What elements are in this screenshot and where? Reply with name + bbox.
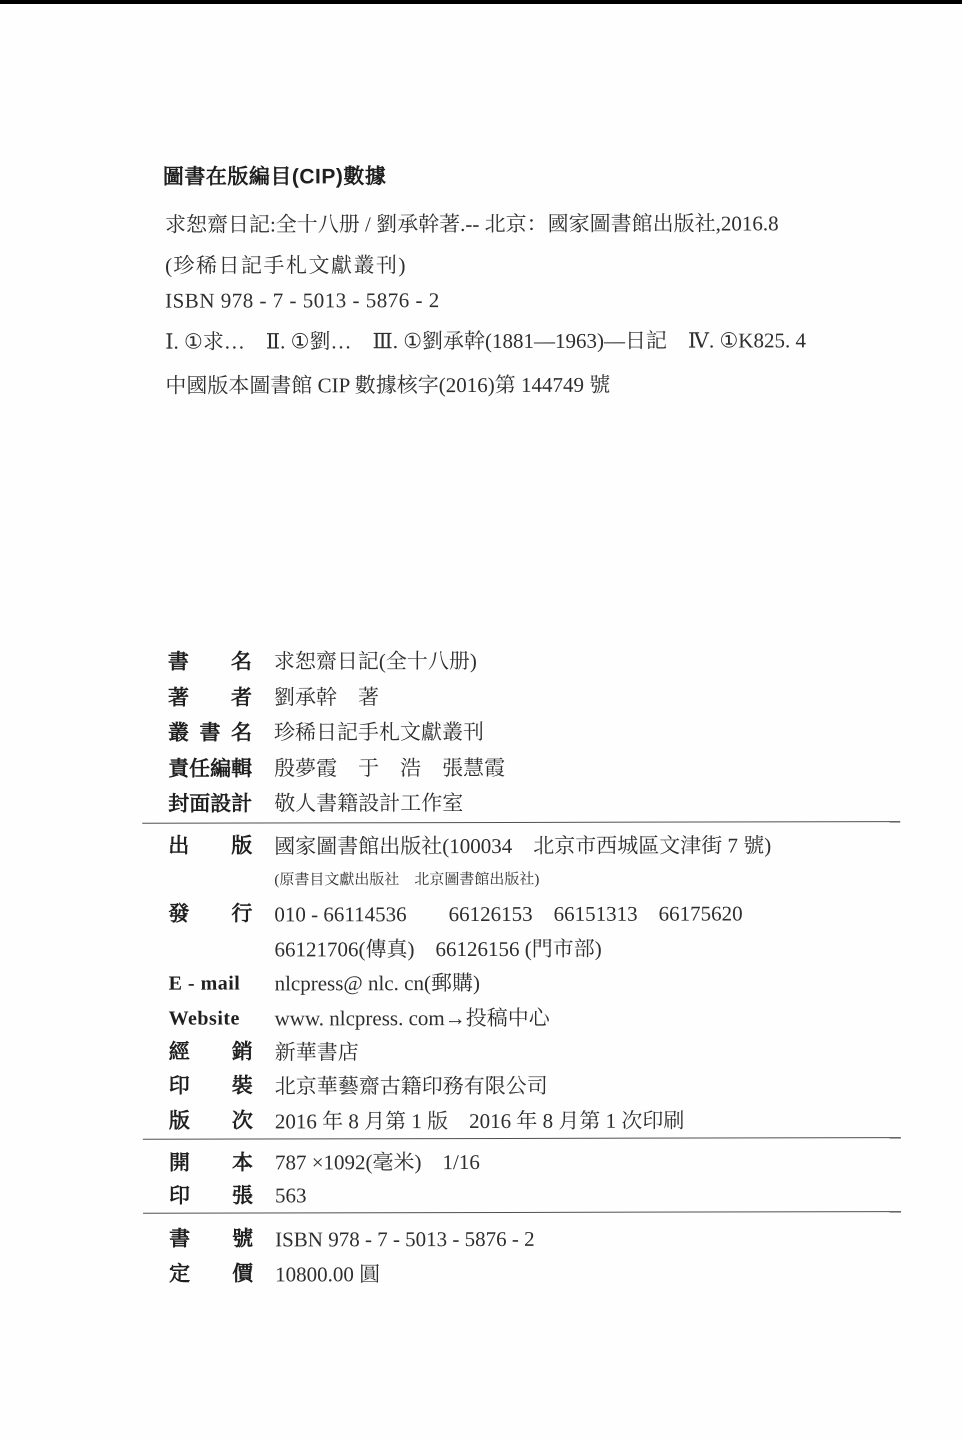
field-label-char: 編 [210, 751, 231, 787]
colophon-row: 印裝北京華藝齋古籍印務有限公司 [143, 1068, 901, 1104]
colophon-row: 著者劉承幹 著 [142, 679, 900, 716]
cip-bibliographic-line: 求恕齋日記:全十八册 / 劉承幹著.-- 北京：國家圖書館出版社,2016.8 [165, 209, 779, 238]
field-value-line: 求恕齋日記(全十八册) [274, 643, 900, 680]
field-label-char: 本 [232, 1147, 253, 1180]
field-label-char: 發 [168, 898, 189, 932]
field-value-subline: (原書目文獻出版社 北京圖書館出版社) [274, 862, 900, 898]
cip-isbn-line: ISBN 978 - 7 - 5013 - 5876 - 2 [165, 286, 440, 315]
field-value-line: 珍稀日記手札文獻叢刊 [274, 714, 900, 751]
field-label-char: 者 [231, 680, 252, 716]
field-label-char: 次 [232, 1104, 253, 1138]
field-label: 定價 [169, 1257, 253, 1292]
field-label-char: 書 [168, 645, 189, 681]
field-label-char: 著 [168, 680, 189, 716]
field-value: 787 ×1092(毫米) 1/16 [275, 1145, 901, 1179]
field-label-char: 任 [189, 751, 210, 787]
field-value: nlcpress@ nlc. cn(郵購) [275, 965, 901, 1001]
field-value: 2016 年 8 月第 1 版 2016 年 8 月第 1 次印刷 [275, 1103, 901, 1139]
colophon-section-3: 開本787 ×1092(毫米) 1/16印張563 [143, 1137, 901, 1213]
field-value: 敬人書籍設計工作室 [274, 785, 900, 822]
cip-block: 圖書在版編目(CIP)數據 求恕齋日記:全十八册 / 劉承幹著.-- 北京：國家… [165, 162, 895, 164]
colophon-row: 出版國家圖書館出版社(100034 北京市西城區文津街 7 號)(原書目文獻出版… [142, 828, 900, 898]
field-value: 010 - 66114536 66126153 66151313 6617562… [274, 896, 900, 966]
field-label: Website [169, 1001, 253, 1036]
field-label-char: 輯 [231, 751, 252, 787]
field-label: 開本 [169, 1147, 253, 1180]
field-label-char: 出 [168, 829, 189, 863]
field-value-line: www. nlcpress. com→投稿中心 [275, 1000, 901, 1036]
field-label-char: 名 [231, 644, 252, 680]
field-value: 新華書店 [275, 1034, 901, 1070]
field-label-char: 印 [169, 1070, 190, 1104]
field-label-char: 版 [231, 829, 252, 863]
field-label: E - mail [169, 967, 253, 1002]
field-label-char: 計 [231, 786, 252, 822]
cip-title: 圖書在版編目(CIP)數據 [163, 163, 387, 191]
field-label-char: 叢 [168, 716, 189, 752]
field-value: 國家圖書館出版社(100034 北京市西城區文津街 7 號)(原書目文獻出版社 … [274, 828, 900, 898]
colophon-row: 開本787 ×1092(毫米) 1/16 [143, 1145, 901, 1180]
field-value-line: 劉承幹 著 [274, 679, 900, 716]
field-label-char: 開 [169, 1147, 190, 1180]
field-label: 發行 [168, 898, 252, 933]
field-label-char: 張 [232, 1180, 253, 1213]
field-label-char: 設 [210, 787, 231, 823]
field-label: 印裝 [169, 1070, 253, 1105]
field-label: 版次 [169, 1104, 253, 1139]
field-value: ISBN 978 - 7 - 5013 - 5876 - 2 [275, 1221, 901, 1257]
field-value-line: 北京華藝齋古籍印務有限公司 [275, 1068, 901, 1104]
field-label-char: 書 [169, 1223, 190, 1258]
field-value: 563 [275, 1178, 901, 1212]
field-value-line: 新華書店 [275, 1034, 901, 1070]
colophon-section-2: 出版國家圖書館出版社(100034 北京市西城區文津街 7 號)(原書目文獻出版… [142, 821, 901, 1139]
field-value-line: ISBN 978 - 7 - 5013 - 5876 - 2 [275, 1221, 901, 1257]
field-label-char: 號 [232, 1223, 253, 1258]
cip-series-line: (珍稀日記手札文獻叢刊) [165, 251, 407, 280]
colophon-row: E - mailnlcpress@ nlc. cn(郵購) [143, 965, 901, 1001]
colophon-row: 發行010 - 66114536 66126153 66151313 66175… [142, 896, 900, 966]
field-label-char: 書 [199, 716, 220, 752]
colophon-section-4: 書號ISBN 978 - 7 - 5013 - 5876 - 2定價10800.… [143, 1211, 901, 1292]
field-label: 書名 [168, 644, 252, 680]
field-label: 封面設計 [168, 786, 252, 822]
colophon-row: Websitewww. nlcpress. com→投稿中心 [143, 1000, 901, 1036]
field-label-char: 印 [169, 1180, 190, 1213]
field-label-char: 封 [168, 787, 189, 823]
field-value-line: 國家圖書館出版社(100034 北京市西城區文津街 7 號) [274, 828, 900, 864]
field-value-line: nlcpress@ nlc. cn(郵購) [275, 965, 901, 1001]
field-value-line: 787 ×1092(毫米) 1/16 [275, 1145, 901, 1179]
colophon-row: 定價10800.00 圓 [143, 1256, 901, 1292]
field-value: 珍稀日記手札文獻叢刊 [274, 714, 900, 751]
field-label: 出版 [168, 829, 252, 864]
field-value: 殷夢霞 于 浩 張慧霞 [274, 750, 900, 787]
field-label-char: 定 [169, 1257, 190, 1292]
field-label-char: 責 [168, 751, 189, 787]
field-value-line: 010 - 66114536 66126153 66151313 6617562… [274, 896, 900, 932]
field-label: 經銷 [169, 1035, 253, 1070]
colophon-row: 叢書名珍稀日記手札文獻叢刊 [142, 714, 900, 751]
field-value-line: 殷夢霞 于 浩 張慧霞 [274, 750, 900, 787]
colophon-section-1: 書名求恕齋日記(全十八册)著者劉承幹 著叢書名珍稀日記手札文獻叢刊責任編輯殷夢霞… [142, 643, 900, 822]
colophon-row: 書名求恕齋日記(全十八册) [142, 643, 900, 680]
field-value-line: 敬人書籍設計工作室 [274, 785, 900, 822]
cip-record-number-line: 中國版本圖書館 CIP 數據核字(2016)第 144749 號 [165, 371, 610, 400]
field-label: 責任編輯 [168, 751, 252, 787]
field-label-char: 名 [231, 715, 252, 751]
field-label: 書號 [169, 1223, 253, 1258]
field-label: 著者 [168, 680, 252, 716]
field-value: 北京華藝齋古籍印務有限公司 [275, 1068, 901, 1104]
field-label-char: 價 [232, 1257, 253, 1292]
colophon-row: 印張563 [143, 1178, 901, 1213]
field-value-line: 563 [275, 1178, 901, 1212]
field-value: www. nlcpress. com→投稿中心 [275, 1000, 901, 1036]
field-value-line: 2016 年 8 月第 1 版 2016 年 8 月第 1 次印刷 [275, 1103, 901, 1139]
field-label-char: 面 [189, 787, 210, 823]
colophon-row: 封面設計敬人書籍設計工作室 [142, 785, 900, 822]
field-value-line: 66121706(傳真) 66126156 (門市部) [274, 931, 900, 967]
field-value-line: 10800.00 圓 [275, 1256, 901, 1292]
field-value: 求恕齋日記(全十八册) [274, 643, 900, 680]
colophon-row: 責任編輯殷夢霞 于 浩 張慧霞 [142, 750, 900, 787]
colophon-row: 經銷新華書店 [143, 1034, 901, 1070]
scanned-copyright-page: 圖書在版編目(CIP)數據 求恕齋日記:全十八册 / 劉承幹著.-- 北京：國家… [0, 0, 962, 1439]
field-label-char: 經 [169, 1036, 190, 1070]
colophon-table: 書名求恕齋日記(全十八册)著者劉承幹 著叢書名珍稀日記手札文獻叢刊責任編輯殷夢霞… [142, 643, 901, 1292]
field-label-char: 版 [169, 1104, 190, 1138]
field-label: 印張 [169, 1180, 253, 1213]
field-label: 叢書名 [168, 715, 252, 751]
colophon-row: 版次2016 年 8 月第 1 版 2016 年 8 月第 1 次印刷 [143, 1103, 901, 1139]
field-value: 10800.00 圓 [275, 1256, 901, 1292]
field-label-char: 裝 [232, 1070, 253, 1104]
colophon-row: 書號ISBN 978 - 7 - 5013 - 5876 - 2 [143, 1221, 901, 1257]
field-label-char: 行 [231, 898, 252, 932]
field-label-char: 銷 [232, 1035, 253, 1069]
cip-classification-line: Ⅰ. ①求… Ⅱ. ①劉… Ⅲ. ①劉承幹(1881—1963)—日記 Ⅳ. ①… [165, 326, 806, 355]
field-value: 劉承幹 著 [274, 679, 900, 716]
